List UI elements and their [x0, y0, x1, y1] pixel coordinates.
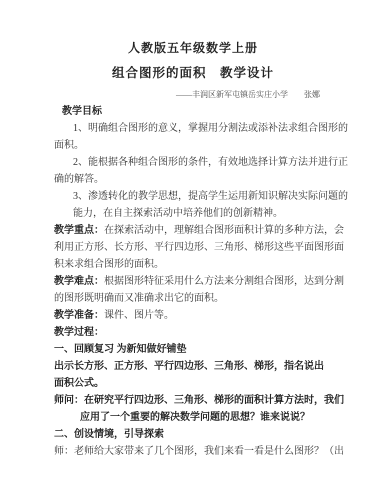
byline: ——丰润区新军屯镇岳实庄小学 张娜 [0, 90, 386, 100]
text-line: 教学难点：根据图形特征采用什么方法来分割组合图形，达到分割 [54, 273, 356, 290]
text-line: 教学过程： [54, 324, 356, 341]
text-line: 3、渗透转化的教学思想，提高学生运用新知识解决实际问题的 [54, 188, 356, 205]
text-line: 面积。 [54, 137, 356, 154]
text-line: 的图形既明确而又准确求出它的面积。 [54, 290, 356, 307]
text-line: 出示长方形、正方形、平行四边形、三角形、梯形，指名说出 [54, 358, 356, 375]
line-text: 课件、图片等。 [104, 310, 174, 321]
line-label: 教学准备： [54, 310, 104, 321]
text-line: 能力，在自主探索活动中培养他们的创新精神。 [54, 205, 356, 222]
text-line: 利用正方形、长方形、平行四边形、三角形、梯形这些平面图形面 [54, 239, 356, 256]
text-line: 教学目标 [54, 103, 356, 120]
text-line: 确的解答。 [54, 171, 356, 188]
line-text: 根据图形特征采用什么方法来分割组合图形，达到分割 [104, 276, 344, 287]
line-label: 教学重点： [54, 225, 104, 236]
text-line: 1、明确组合图形的意义，掌握用分割法或添补法求组合图形的 [54, 120, 356, 137]
page-title: 人教版五年级数学上册 [0, 0, 386, 55]
text-line: 积来求组合图形的面积。 [54, 256, 356, 273]
text-line: 师问：在研究平行四边形、三角形、梯形的面积计算方法时，我们 [54, 392, 356, 409]
line-text: 在探索活动中，理解组合图形面积计算的多种方法，会 [104, 225, 344, 236]
text-line: 师：老师给大家带来了几个图形，我们来看一看是什么图形？（出 [54, 443, 356, 460]
document-page: 人教版五年级数学上册 组合图形的面积 教学设计 ——丰润区新军屯镇岳实庄小学 张… [0, 0, 386, 500]
text-line: 面积公式。 [54, 375, 356, 392]
text-line: 一、回顾复习 为新知做好铺垫 [54, 341, 356, 358]
text-line: 2、能根据各种组合图形的条件，有效地选择计算方法并进行正 [54, 154, 356, 171]
text-line: 二、创设情境，引导探索 [54, 426, 356, 443]
text-line: 教学准备：课件、图片等。 [54, 307, 356, 324]
text-line: 应用了一个重要的解决数学问题的思想？谁来说说？ [54, 409, 356, 426]
document-body: 教学目标1、明确组合图形的意义，掌握用分割法或添补法求组合图形的面积。2、能根据… [0, 103, 386, 460]
line-label: 教学难点： [54, 276, 104, 287]
page-subtitle: 组合图形的面积 教学设计 [0, 66, 386, 80]
text-line: 教学重点：在探索活动中，理解组合图形面积计算的多种方法，会 [54, 222, 356, 239]
